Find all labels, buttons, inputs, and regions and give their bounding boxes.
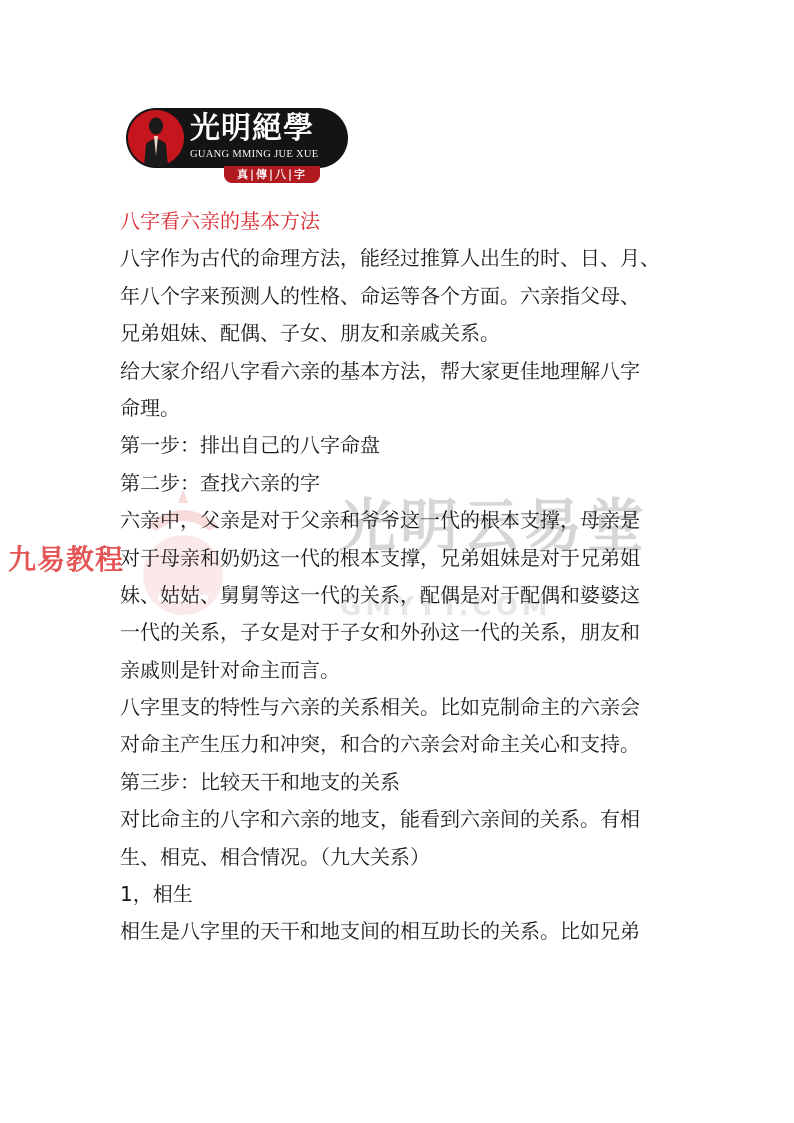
brand-logo: 光明絕學 GUANG MMING JUE XUE 真|傳|八|字 bbox=[126, 108, 348, 184]
step-three-line: 第三步：比较天干和地支的关系 bbox=[120, 764, 680, 801]
watermark-overlay: 九易教程 bbox=[8, 542, 124, 578]
logo-subtitle: GUANG MMING JUE XUE bbox=[190, 149, 319, 160]
paragraph-line: 八字作为古代的命理方法，能经过推算人出生的时、日、月、 bbox=[120, 240, 680, 277]
paragraph-line: 对比命主的八字和六亲的地支，能看到六亲间的关系。有相 bbox=[120, 801, 680, 838]
paragraph-line: 相生是八字里的天干和地支间的相互助长的关系。比如兄弟 bbox=[120, 913, 680, 950]
paragraph-line: 亲戚则是针对命主而言。 bbox=[120, 652, 680, 689]
paragraph-line: 妹、姑姑、舅舅等这一代的关系，配偶是对于配偶和婆婆这 bbox=[120, 577, 680, 614]
step-two-line: 第二步：查找六亲的字 bbox=[120, 465, 680, 502]
paragraph-line: 八字里支的特性与六亲的关系相关。比如克制命主的六亲会 bbox=[120, 689, 680, 726]
paragraph-line: 对命主产生压力和冲突，和合的六亲会对命主关心和支持。 bbox=[120, 726, 680, 763]
person-praying-icon bbox=[142, 116, 170, 166]
document-body: 八字看六亲的基本方法 八字作为古代的命理方法，能经过推算人出生的时、日、月、 年… bbox=[120, 203, 680, 951]
paragraph-line: 年八个字来预测人的性格、命运等各个方面。六亲指父母、 bbox=[120, 278, 680, 315]
logo-tagline: 真|傳|八|字 bbox=[224, 166, 320, 183]
list-item-heading: 1，相生 bbox=[120, 876, 680, 913]
section-heading: 八字看六亲的基本方法 bbox=[120, 203, 680, 240]
paragraph-line: 六亲中，父亲是对于父亲和爷爷这一代的根本支撑，母亲是 bbox=[120, 502, 680, 539]
paragraph-line: 命理。 bbox=[120, 390, 680, 427]
paragraph-line: 对于母亲和奶奶这一代的根本支撑，兄弟姐妹是对于兄弟姐 bbox=[120, 540, 680, 577]
paragraph-line: 一代的关系，子女是对于子女和外孙这一代的关系，朋友和 bbox=[120, 614, 680, 651]
logo-title: 光明絕學 bbox=[190, 110, 314, 148]
paragraph-line: 生、相克、相合情况。（九大关系） bbox=[120, 839, 680, 876]
paragraph-line: 兄弟姐妹、配偶、子女、朋友和亲戚关系。 bbox=[120, 315, 680, 352]
step-one-line: 第一步：排出自己的八字命盘 bbox=[120, 427, 680, 464]
logo-portrait-circle bbox=[128, 110, 184, 166]
paragraph-line: 给大家介绍八字看六亲的基本方法，帮大家更佳地理解八字 bbox=[120, 353, 680, 390]
